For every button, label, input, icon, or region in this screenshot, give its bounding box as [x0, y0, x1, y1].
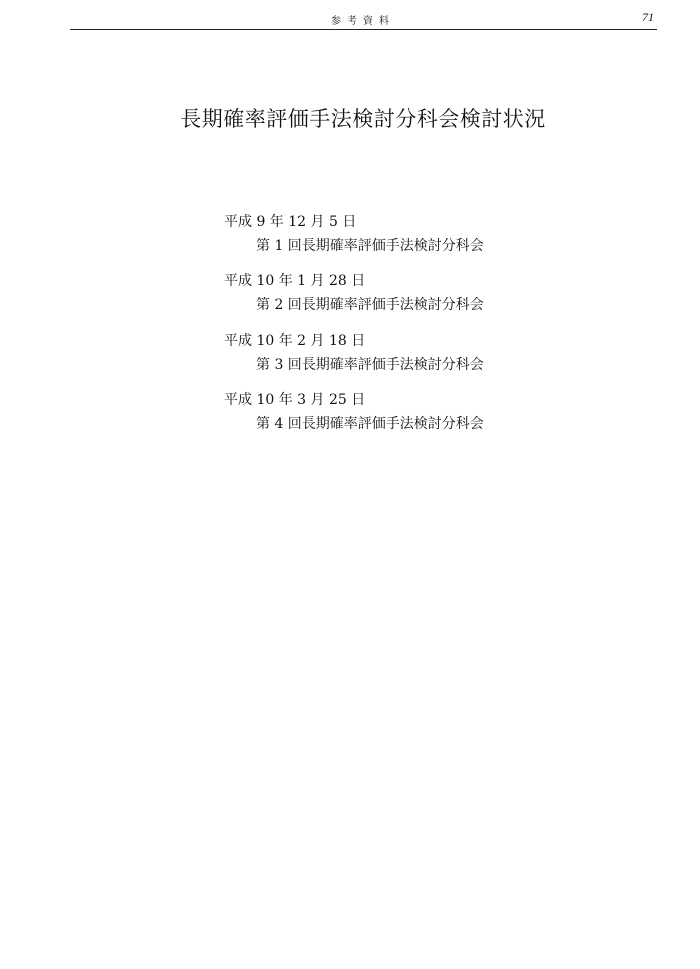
meeting-date: 平成 9 年 12 月 5 日 — [224, 212, 484, 232]
header-section-title: 参考資料 — [0, 12, 700, 27]
meeting-name: 第 2 回長期確率評価手法検討分科会 — [256, 295, 484, 315]
meeting-name: 第 3 回長期確率評価手法検討分科会 — [256, 355, 484, 375]
header-rule — [70, 29, 657, 30]
meeting-date: 平成 10 年 3 月 25 日 — [224, 390, 484, 410]
meeting-name: 第 1 回長期確率評価手法検討分科会 — [256, 236, 484, 256]
meeting-list: 平成 9 年 12 月 5 日 第 1 回長期確率評価手法検討分科会 平成 10… — [224, 212, 484, 449]
meeting-entry: 平成 9 年 12 月 5 日 第 1 回長期確率評価手法検討分科会 — [224, 212, 484, 271]
meeting-entry: 平成 10 年 1 月 28 日 第 2 回長期確率評価手法検討分科会 — [224, 271, 484, 330]
meeting-date: 平成 10 年 2 月 18 日 — [224, 331, 484, 351]
meeting-entry: 平成 10 年 2 月 18 日 第 3 回長期確率評価手法検討分科会 — [224, 331, 484, 390]
meeting-name: 第 4 回長期確率評価手法検討分科会 — [256, 414, 484, 434]
page-number: 71 — [642, 10, 654, 25]
page-title: 長期確率評価手法検討分科会検討状況 — [0, 103, 700, 133]
meeting-date: 平成 10 年 1 月 28 日 — [224, 271, 484, 291]
meeting-entry: 平成 10 年 3 月 25 日 第 4 回長期確率評価手法検討分科会 — [224, 390, 484, 449]
